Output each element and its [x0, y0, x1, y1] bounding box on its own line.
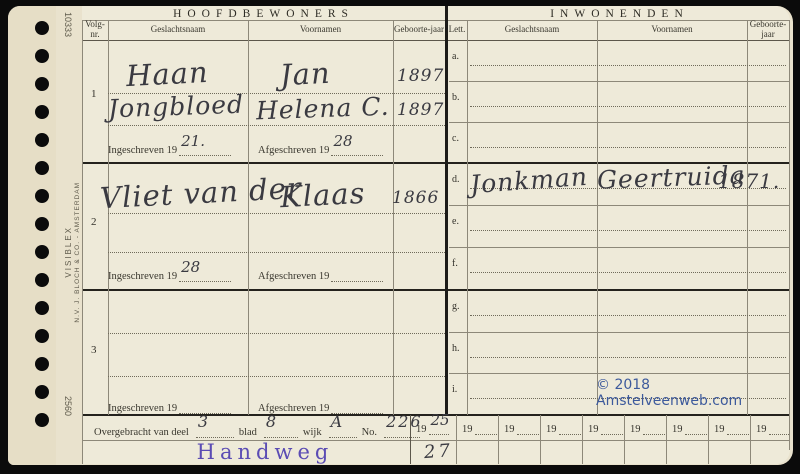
- hw-voornamen: Helena C.: [256, 92, 390, 126]
- overgebracht-label: Overgebracht van deel: [94, 427, 189, 438]
- dotted-leader: [643, 421, 665, 435]
- year-cell: 19: [456, 415, 498, 440]
- year-prefix: 19: [462, 424, 473, 435]
- punch-hole: [35, 21, 49, 35]
- lett-label: e.: [452, 216, 459, 227]
- col-header-lett: Lett.: [447, 21, 467, 39]
- dotted-leader: [475, 421, 497, 435]
- afgeschreven-label: Afgeschreven 19: [258, 271, 329, 282]
- ingeschreven-label: Ingeschreven 19: [108, 145, 177, 156]
- punch-hole: [35, 357, 49, 371]
- writing-line: [470, 230, 786, 231]
- ingeschreven-row: Ingeschreven 19: [108, 398, 231, 414]
- col-header-geslachtsnaam: Geslachtsnaam: [108, 21, 248, 39]
- punch-hole: [35, 133, 49, 147]
- punch-hole: [35, 301, 49, 315]
- inwonenden-title: INWONENDEN: [449, 8, 790, 20]
- year-cell-lower: [624, 440, 666, 464]
- year-prefix: 19: [714, 424, 725, 435]
- grid-line: [82, 40, 790, 41]
- year-cell-lower: [456, 440, 498, 464]
- dotted-leader: 3: [196, 424, 234, 438]
- col-header-volgnr: Volg-nr.: [82, 21, 108, 39]
- dotted-leader: 28: [179, 268, 231, 282]
- hw-geboortejaar-inwonende: 1871.: [718, 169, 780, 193]
- punch-hole: [35, 413, 49, 427]
- writing-line: [470, 272, 786, 273]
- year-prefix: 19: [416, 424, 427, 435]
- hw-voornamen: Jan: [279, 56, 331, 93]
- year-cell: 19: [582, 415, 624, 440]
- brand-subtitle: N.V. J. BLOCH & CO. - AMSTERDAM: [74, 182, 81, 323]
- punch-hole: [35, 189, 49, 203]
- year-cell-lower: [498, 440, 540, 464]
- overgebracht-row: Overgebracht van deel 3 blad 8 wijk A No…: [94, 418, 420, 438]
- dotted-leader: [727, 421, 749, 435]
- hw-geboortejaar: 1866: [392, 188, 439, 208]
- writing-line: [470, 147, 786, 148]
- serial-number-top: 10333: [63, 12, 73, 37]
- ingeschreven-label: Ingeschreven 19: [108, 403, 177, 414]
- writing-line: [108, 333, 445, 334]
- col-header-voornamen-r: Voornamen: [597, 21, 747, 39]
- grid-line: [82, 20, 83, 464]
- punch-hole: [35, 329, 49, 343]
- dotted-leader: [517, 421, 539, 435]
- punch-hole: [35, 273, 49, 287]
- year-cell-lower: [750, 440, 790, 464]
- col-header-geboortejaar-r: Geboorte-jaar: [747, 21, 789, 39]
- no-label: No.: [362, 427, 377, 438]
- hw-ingeschreven-jaar: 21.: [181, 132, 205, 150]
- hoofdbewoners-title: HOOFDBEWONERS: [82, 8, 445, 20]
- blad-label: blad: [239, 427, 257, 438]
- street-name-stamp: Handweg: [175, 440, 355, 464]
- hw-afgeschreven-jaar: 28: [333, 132, 352, 150]
- hw-geslachtsnaam: Haan: [125, 55, 209, 93]
- year-cell-lower: [540, 440, 582, 464]
- punch-spine: [8, 6, 56, 465]
- lett-label: g.: [452, 301, 460, 312]
- grid-line: [747, 20, 748, 415]
- center-divider: [445, 6, 448, 415]
- brand-name: VISIBLEX: [64, 226, 73, 278]
- year-cell: 19: [666, 415, 708, 440]
- hw-wijk: A: [331, 412, 345, 431]
- block-divider-line: [82, 289, 790, 291]
- year-cell-lower: [582, 440, 624, 464]
- year-cell-first-lower: 27: [410, 440, 456, 464]
- lett-label: i.: [452, 384, 457, 395]
- hw-ingeschreven-jaar: 28: [181, 258, 200, 276]
- year-cell: 19: [498, 415, 540, 440]
- hw-blad: 8: [266, 412, 278, 431]
- col-header-geslachtsnaam-r: Geslachtsnaam: [467, 21, 597, 39]
- year-cell: 19: [624, 415, 666, 440]
- punch-hole: [35, 385, 49, 399]
- ingeschreven-row: Ingeschreven 19 21.: [108, 140, 231, 156]
- punch-hole: [35, 49, 49, 63]
- grid-line: [449, 332, 790, 333]
- year-prefix: 19: [546, 424, 557, 435]
- hw-year-27: 27: [423, 440, 456, 463]
- col-header-voornamen: Voornamen: [248, 21, 393, 39]
- dotted-leader: 28: [331, 142, 383, 156]
- dotted-leader: [685, 421, 707, 435]
- lett-label: c.: [452, 133, 459, 144]
- punch-hole: [35, 77, 49, 91]
- year-prefix: 19: [504, 424, 515, 435]
- year-cell-lower: [708, 440, 750, 464]
- lett-label: a.: [452, 51, 459, 62]
- lett-label: d.: [452, 174, 460, 185]
- hw-geboortejaar: 1897: [397, 100, 444, 120]
- year-cell-first: 19 25: [410, 415, 456, 440]
- dotted-leader: [601, 421, 623, 435]
- volgnr-3: 3: [91, 344, 97, 356]
- grid-line: [449, 247, 790, 248]
- punch-hole: [35, 161, 49, 175]
- hw-voornamen: Klaas: [279, 176, 366, 214]
- writing-line: [108, 376, 445, 377]
- dotted-leader: [559, 421, 581, 435]
- afgeschreven-row: Afgeschreven 19 28: [258, 140, 383, 156]
- grid-line: [248, 20, 249, 415]
- writing-line: [108, 125, 445, 126]
- grid-line: [467, 20, 468, 415]
- grid-line: [597, 20, 598, 415]
- writing-line: [108, 252, 445, 253]
- year-cell: 19: [540, 415, 582, 440]
- year-prefix: 19: [672, 424, 683, 435]
- wijk-label: wijk: [303, 427, 322, 438]
- dotted-leader: A: [329, 424, 357, 438]
- copyright-watermark: © 2018 Amstelveenweb.com: [596, 377, 800, 409]
- grid-line: [393, 20, 394, 415]
- year-prefix: 19: [630, 424, 641, 435]
- lett-label: h.: [452, 343, 460, 354]
- dotted-leader: 21.: [179, 142, 231, 156]
- col-header-geboortejaar: Geboorte-jaar: [393, 21, 445, 39]
- punch-hole: [35, 105, 49, 119]
- register-card-scan: 10333 VISIBLEX N.V. J. BLOCH & CO. - AMS…: [0, 0, 800, 474]
- punch-hole: [35, 245, 49, 259]
- writing-line: [470, 106, 786, 107]
- writing-line: [108, 213, 445, 214]
- volgnr-2: 2: [91, 216, 97, 228]
- year-prefix: 19: [756, 424, 767, 435]
- lett-label: f.: [452, 258, 458, 269]
- dotted-leader: [331, 268, 383, 282]
- year-cell-lower: [666, 440, 708, 464]
- year-cell: 19: [708, 415, 750, 440]
- lett-label: b.: [452, 92, 460, 103]
- volgnr-1: 1: [91, 88, 97, 100]
- year-cell: 19: [750, 415, 790, 440]
- grid-line: [108, 20, 109, 415]
- dotted-leader: [769, 421, 789, 435]
- grid-line: [449, 205, 790, 206]
- punch-hole: [35, 217, 49, 231]
- ingeschreven-label: Ingeschreven 19: [108, 271, 177, 282]
- grid-line: [449, 122, 790, 123]
- dotted-leader: 25: [429, 421, 449, 435]
- year-prefix: 19: [588, 424, 599, 435]
- grid-line: [449, 373, 790, 374]
- writing-line: [470, 315, 786, 316]
- afgeschreven-row: Afgeschreven 19: [258, 266, 383, 282]
- hw-deel: 3: [198, 412, 210, 431]
- writing-line: [470, 357, 786, 358]
- writing-line: [470, 65, 786, 66]
- afgeschreven-label: Afgeschreven 19: [258, 145, 329, 156]
- dotted-leader: 8: [264, 424, 298, 438]
- hw-geslachtsnaam: Jongbloed: [108, 90, 245, 124]
- hw-year-25: 25: [431, 411, 450, 429]
- ingeschreven-row: Ingeschreven 19 28: [108, 266, 231, 282]
- hw-geboortejaar: 1897: [397, 66, 444, 86]
- serial-number-bottom: 2560: [63, 396, 73, 416]
- grid-line: [449, 81, 790, 82]
